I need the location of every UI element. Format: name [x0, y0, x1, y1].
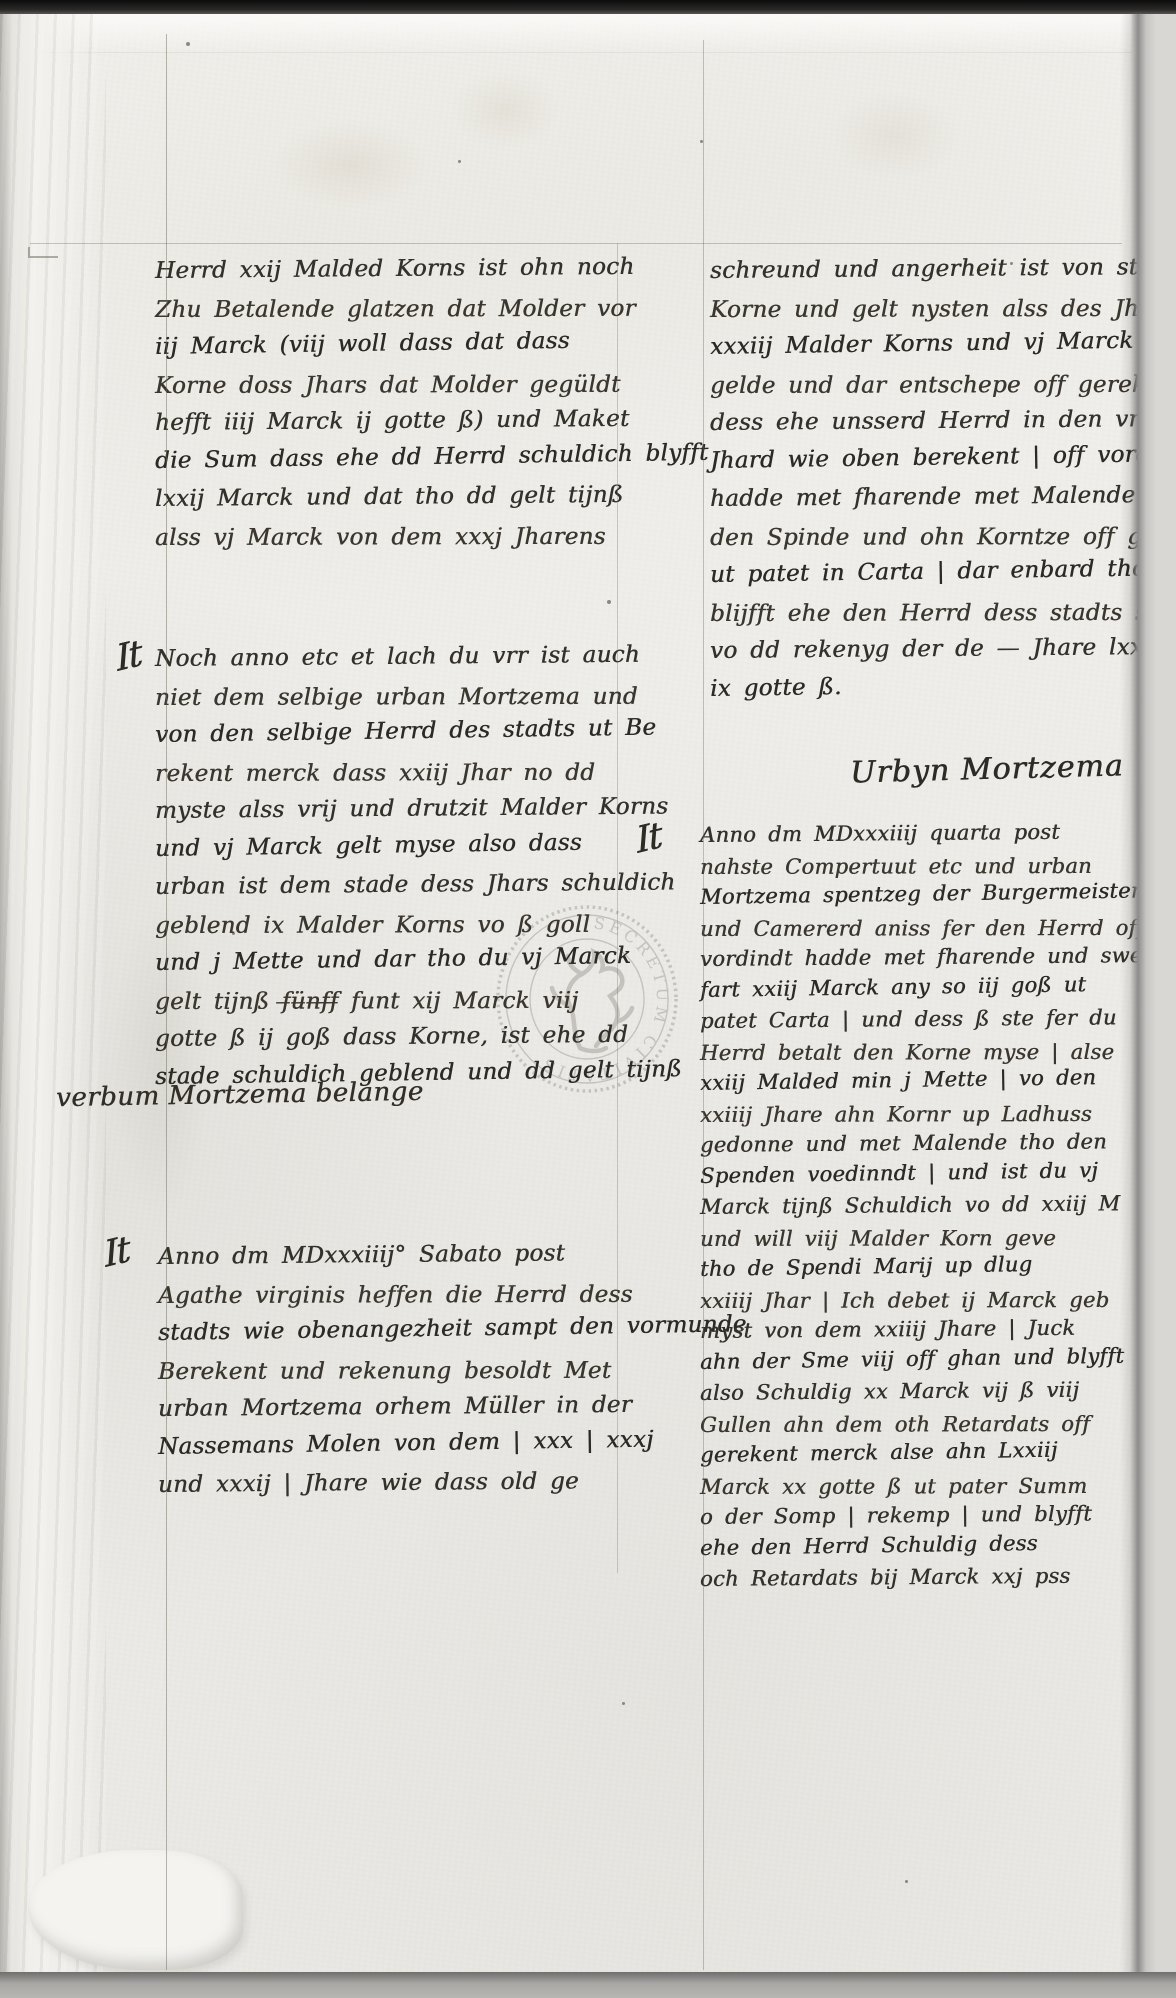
text-line: tho de Spendi Marij up dlug	[700, 1247, 1163, 1285]
left-paragraph-3: Anno dm MDxxxiiij° Sabato postAgathe vir…	[158, 1238, 747, 1504]
text-line: xxxiij Malder Korns und vj Marck zu	[710, 320, 1176, 366]
text-line: ehe den Herrd Schuldig dess	[700, 1526, 1163, 1564]
scan-bottom-edge	[0, 1972, 1176, 1998]
text-line: und j Mette und dar tho du vj Marck	[155, 936, 682, 982]
ruled-line-gutter-right	[703, 40, 704, 1970]
margin-note: verbum Mortzema belange	[56, 1077, 424, 1113]
text-line: ix gotte ß.	[710, 662, 1176, 708]
text-line: Marck tijnß Schuldich vo dd xxiij M	[700, 1188, 1163, 1223]
ink-speck	[607, 600, 611, 604]
item-mark: It	[634, 815, 662, 862]
section-heading: Urbyn Mortzema	[850, 748, 1125, 790]
text-line: blijfft ehe den Herrd dess stadts schuld…	[710, 594, 1176, 633]
scan-top-edge	[0, 0, 1176, 14]
text-line: also Schuldig xx Marck vij ß viij	[700, 1374, 1163, 1409]
text-line: patet Carta | und dess ß ste fer du	[700, 1002, 1163, 1037]
text-line: gelde und dar entschepe off gerekent	[710, 366, 1176, 405]
text-line: lxxij Marck und dat tho dd gelt tijnß	[155, 475, 709, 518]
text-line: urban ist dem stade dess Jhars schuldich	[155, 863, 682, 906]
text-line: Nassemans Molen von dem | xxx | xxxj	[158, 1419, 747, 1466]
book-binding-edge	[0, 12, 106, 1976]
ruled-line-left-margin	[166, 34, 167, 1970]
ink-speck	[905, 1880, 908, 1883]
ruled-corner-tick	[28, 247, 58, 258]
text-line: ahn der Sme viij off ghan und blyfft	[700, 1340, 1163, 1378]
item-mark: It	[102, 1229, 130, 1276]
left-paragraph-1: Herrd xxij Malded Korns ist ohn nochZhu …	[155, 252, 709, 556]
text-line: Anno dm MDxxxiiij° Sabato post	[158, 1233, 747, 1276]
text-line: Mortzema spentzeg der Burgermeister	[700, 875, 1163, 913]
item-mark: It	[114, 633, 142, 680]
right-paragraph-2: Anno dm MDxxxiiij quarta postnahste Comp…	[700, 820, 1162, 1595]
text-line: und xxxij | Jhare wie dass old ge	[158, 1461, 747, 1504]
text-line: xxiij Malded min j Mette | vo den	[700, 1061, 1163, 1099]
text-line: stadts wie obenangezheit sampt den vormu…	[158, 1305, 747, 1352]
text-line: gerekent merck alse ahn Lxxiij	[700, 1433, 1163, 1471]
text-line: hadde met fharende met Malende tho	[710, 475, 1176, 518]
text-line: von den selbige Herrd des stadts ut Be	[155, 708, 682, 754]
text-line: schreund und angerheit ist von stund	[710, 247, 1176, 290]
ruled-line-gutter-left	[617, 243, 618, 1573]
text-line: Jhard wie oben berekent | off vordindt	[710, 434, 1176, 480]
ink-speck	[458, 160, 461, 163]
text-line: Noch anno etc et lach du vrr ist auch	[155, 635, 682, 678]
text-line: rekent merck dass xxiij Jhar no dd	[155, 754, 682, 793]
right-paragraph-1: schreund und angerheit ist von stundKorn…	[710, 252, 1176, 708]
text-line: Anno dm MDxxxiiij quarta post	[700, 816, 1163, 851]
ink-speck	[186, 42, 190, 46]
manuscript-page: SECRETUM CIVITATIS Herrd xxij Malded Kor…	[0, 0, 1176, 1998]
text-line: ut patet in Carta | dar enbard tho	[710, 548, 1176, 594]
text-line: iij Marck (viij woll dass dat dass	[155, 320, 709, 366]
left-paragraph-2: Noch anno etc et lach du vrr ist auchnie…	[155, 640, 682, 1096]
text-line: fart xxiij Marck any so iij goß ut	[700, 968, 1163, 1006]
text-line: alss vj Marck von dem xxxj Jharens	[155, 518, 709, 557]
ruled-line-header	[30, 243, 1122, 244]
ink-speck	[622, 1702, 625, 1705]
text-line: Herrd xxij Malded Korns ist ohn noch	[155, 247, 709, 290]
text-line: gelt tijnß f̶ü̶n̶f̶f̶ funt xij Marck vii…	[155, 982, 682, 1021]
text-line: die Sum dass ehe dd Herrd schuldich blyf…	[155, 434, 709, 480]
paper-top-deckle-edge	[0, 12, 1132, 53]
text-line: und vj Marck gelt myse also dass	[155, 822, 682, 868]
adjacent-page-edge	[1120, 0, 1176, 1998]
text-line: Spenden voedinndt | und ist du vj	[700, 1154, 1163, 1192]
text-line: och Retardats bij Marck xxj pss	[700, 1560, 1163, 1595]
